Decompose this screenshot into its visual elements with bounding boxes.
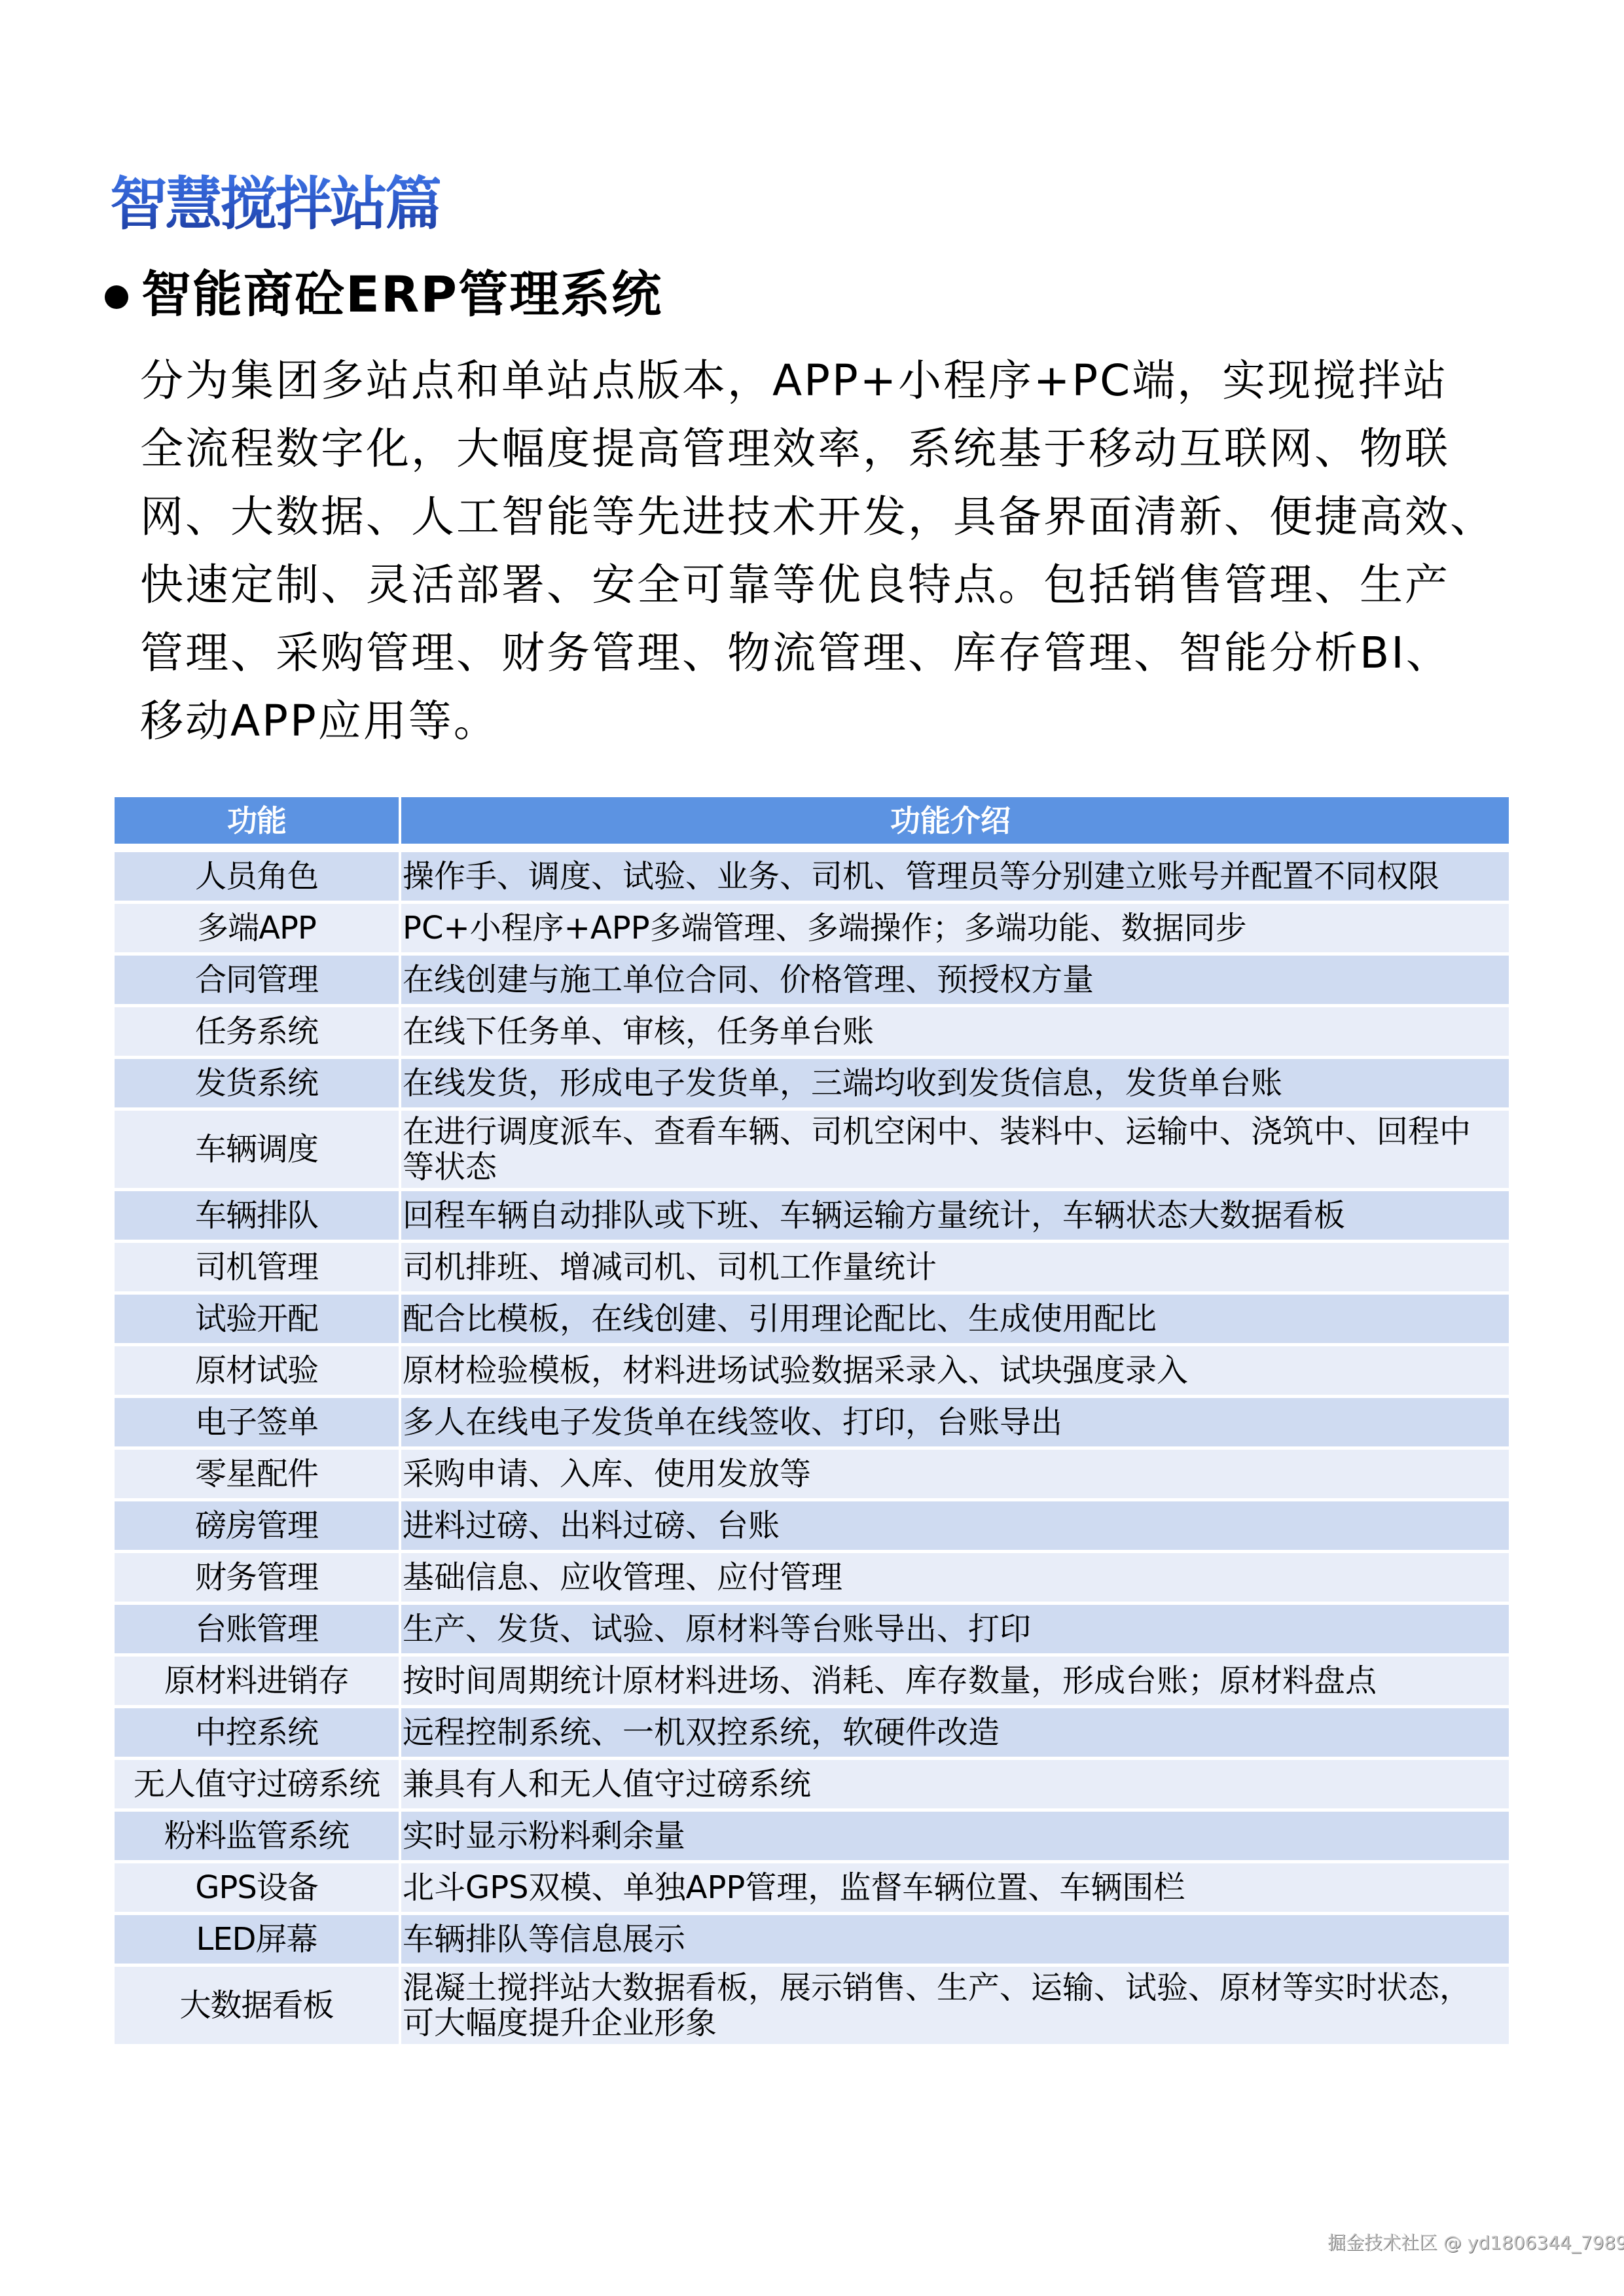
bullet-dot-icon: [105, 285, 128, 309]
description-cell: 兼具有人和无人值守过磅系统: [401, 1760, 1509, 1808]
table-row: 任务系统 在线下任务单、审核，任务单台账: [115, 1007, 1509, 1056]
table-row: 车辆调度 在进行调度派车、查看车辆、司机空闲中、装料中、运输中、浇筑中、回程中等…: [115, 1111, 1509, 1188]
section-heading-text: 智能商砼ERP管理系统: [141, 262, 662, 327]
page-title: 智慧搅拌站篇: [110, 171, 440, 237]
feature-cell: 大数据看板: [115, 1967, 399, 2044]
feature-cell: 发货系统: [115, 1059, 399, 1107]
table-row: 多端APP PC+小程序+APP多端管理、多端操作；多端功能、数据同步: [115, 904, 1509, 952]
table-row: 原材试验 原材检验模板，材料进场试验数据采录入、试块强度录入: [115, 1346, 1509, 1395]
description-cell: 回程车辆自动排队或下班、车辆运输方量统计，车辆状态大数据看板: [401, 1191, 1509, 1240]
feature-cell: 合同管理: [115, 956, 399, 1004]
feature-cell: 零星配件: [115, 1450, 399, 1498]
description-cell: 在线下任务单、审核，任务单台账: [401, 1007, 1509, 1056]
table-row: 试验开配 配合比模板，在线创建、引用理论配比、生成使用配比: [115, 1295, 1509, 1343]
intro-paragraph: 分为集团多站点和单站点版本，APP+小程序+PC端，实现搅拌站 全流程数字化，大…: [140, 347, 1580, 755]
feature-cell: 原材料进销存: [115, 1657, 399, 1705]
feature-cell: 无人值守过磅系统: [115, 1760, 399, 1808]
feature-cell: 任务系统: [115, 1007, 399, 1056]
description-cell: 配合比模板，在线创建、引用理论配比、生成使用配比: [401, 1295, 1509, 1343]
table-row: 合同管理 在线创建与施工单位合同、价格管理、预授权方量: [115, 956, 1509, 1004]
header-description: 功能介绍: [401, 797, 1509, 844]
table-header-row: 功能 功能介绍: [115, 797, 1509, 844]
description-cell: 操作手、调度、试验、业务、司机、管理员等分别建立账号并配置不同权限: [401, 852, 1509, 901]
feature-cell: 磅房管理: [115, 1501, 399, 1550]
feature-cell: LED屏幕: [115, 1915, 399, 1964]
intro-line: 全流程数字化，大幅度提高管理效率，系统基于移动互联网、物联: [140, 415, 1580, 483]
table-row: 电子签单 多人在线电子发货单在线签收、打印，台账导出: [115, 1398, 1509, 1446]
intro-line: 移动APP应用等。: [140, 687, 1580, 755]
table-row: 车辆排队 回程车辆自动排队或下班、车辆运输方量统计，车辆状态大数据看板: [115, 1191, 1509, 1240]
table-row: GPS设备 北斗GPS双模、单独APP管理，监督车辆位置、车辆围栏: [115, 1863, 1509, 1912]
feature-cell: 人员角色: [115, 852, 399, 901]
feature-cell: 司机管理: [115, 1243, 399, 1291]
table-row: 中控系统 远程控制系统、一机双控系统，软硬件改造: [115, 1708, 1509, 1757]
table-row: 司机管理 司机排班、增减司机、司机工作量统计: [115, 1243, 1509, 1291]
header-feature: 功能: [115, 797, 399, 844]
description-cell: 按时间周期统计原材料进场、消耗、库存数量，形成台账；原材料盘点: [401, 1657, 1509, 1705]
table-row: 大数据看板 混凝土搅拌站大数据看板，展示销售、生产、运输、试验、原材等实时状态，…: [115, 1967, 1509, 2044]
intro-line: 分为集团多站点和单站点版本，APP+小程序+PC端，实现搅拌站: [140, 347, 1580, 415]
feature-cell: 电子签单: [115, 1398, 399, 1446]
description-cell: 司机排班、增减司机、司机工作量统计: [401, 1243, 1509, 1291]
description-cell: 进料过磅、出料过磅、台账: [401, 1501, 1509, 1550]
feature-table: 功能 功能介绍 人员角色 操作手、调度、试验、业务、司机、管理员等分别建立账号并…: [115, 797, 1509, 2047]
description-cell: 多人在线电子发货单在线签收、打印，台账导出: [401, 1398, 1509, 1446]
feature-cell: 车辆排队: [115, 1191, 399, 1240]
table-row: 零星配件 采购申请、入库、使用发放等: [115, 1450, 1509, 1498]
description-cell: 在线创建与施工单位合同、价格管理、预授权方量: [401, 956, 1509, 1004]
table-row: 人员角色 操作手、调度、试验、业务、司机、管理员等分别建立账号并配置不同权限: [115, 852, 1509, 901]
feature-cell: 台账管理: [115, 1605, 399, 1653]
description-cell: 原材检验模板，材料进场试验数据采录入、试块强度录入: [401, 1346, 1509, 1395]
description-cell: 采购申请、入库、使用发放等: [401, 1450, 1509, 1498]
description-cell: PC+小程序+APP多端管理、多端操作；多端功能、数据同步: [401, 904, 1509, 952]
table-row: 原材料进销存 按时间周期统计原材料进场、消耗、库存数量，形成台账；原材料盘点: [115, 1657, 1509, 1705]
feature-cell: GPS设备: [115, 1863, 399, 1912]
feature-cell: 粉料监管系统: [115, 1812, 399, 1860]
feature-cell: 多端APP: [115, 904, 399, 952]
description-cell: 生产、发货、试验、原材料等台账导出、打印: [401, 1605, 1509, 1653]
table-row: 发货系统 在线发货，形成电子发货单，三端均收到发货信息，发货单台账: [115, 1059, 1509, 1107]
watermark: 掘金技术社区 @ yd1806344_7989: [1327, 2229, 1624, 2255]
description-cell: 基础信息、应收管理、应付管理: [401, 1553, 1509, 1602]
description-cell: 车辆排队等信息展示: [401, 1915, 1509, 1964]
intro-line: 网、大数据、人工智能等先进技术开发，具备界面清新、便捷高效、: [140, 483, 1580, 551]
table-row: 磅房管理 进料过磅、出料过磅、台账: [115, 1501, 1509, 1550]
intro-line: 管理、采购管理、财务管理、物流管理、库存管理、智能分析BI、: [140, 619, 1580, 687]
table-row: 无人值守过磅系统 兼具有人和无人值守过磅系统: [115, 1760, 1509, 1808]
feature-cell: 财务管理: [115, 1553, 399, 1602]
table-row: 台账管理 生产、发货、试验、原材料等台账导出、打印: [115, 1605, 1509, 1653]
description-cell: 混凝土搅拌站大数据看板，展示销售、生产、运输、试验、原材等实时状态，可大幅度提升…: [401, 1967, 1509, 2044]
description-cell: 远程控制系统、一机双控系统，软硬件改造: [401, 1708, 1509, 1757]
section-heading: 智能商砼ERP管理系统: [105, 262, 662, 327]
table-row: 粉料监管系统 实时显示粉料剩余量: [115, 1812, 1509, 1860]
feature-cell: 车辆调度: [115, 1111, 399, 1188]
intro-line: 快速定制、灵活部署、安全可靠等优良特点。包括销售管理、生产: [140, 551, 1580, 619]
table-row: LED屏幕 车辆排队等信息展示: [115, 1915, 1509, 1964]
feature-cell: 中控系统: [115, 1708, 399, 1757]
table-row: 财务管理 基础信息、应收管理、应付管理: [115, 1553, 1509, 1602]
feature-cell: 原材试验: [115, 1346, 399, 1395]
description-cell: 实时显示粉料剩余量: [401, 1812, 1509, 1860]
description-cell: 北斗GPS双模、单独APP管理，监督车辆位置、车辆围栏: [401, 1863, 1509, 1912]
feature-cell: 试验开配: [115, 1295, 399, 1343]
description-cell: 在线发货，形成电子发货单，三端均收到发货信息，发货单台账: [401, 1059, 1509, 1107]
description-cell: 在进行调度派车、查看车辆、司机空闲中、装料中、运输中、浇筑中、回程中等状态: [401, 1111, 1509, 1188]
